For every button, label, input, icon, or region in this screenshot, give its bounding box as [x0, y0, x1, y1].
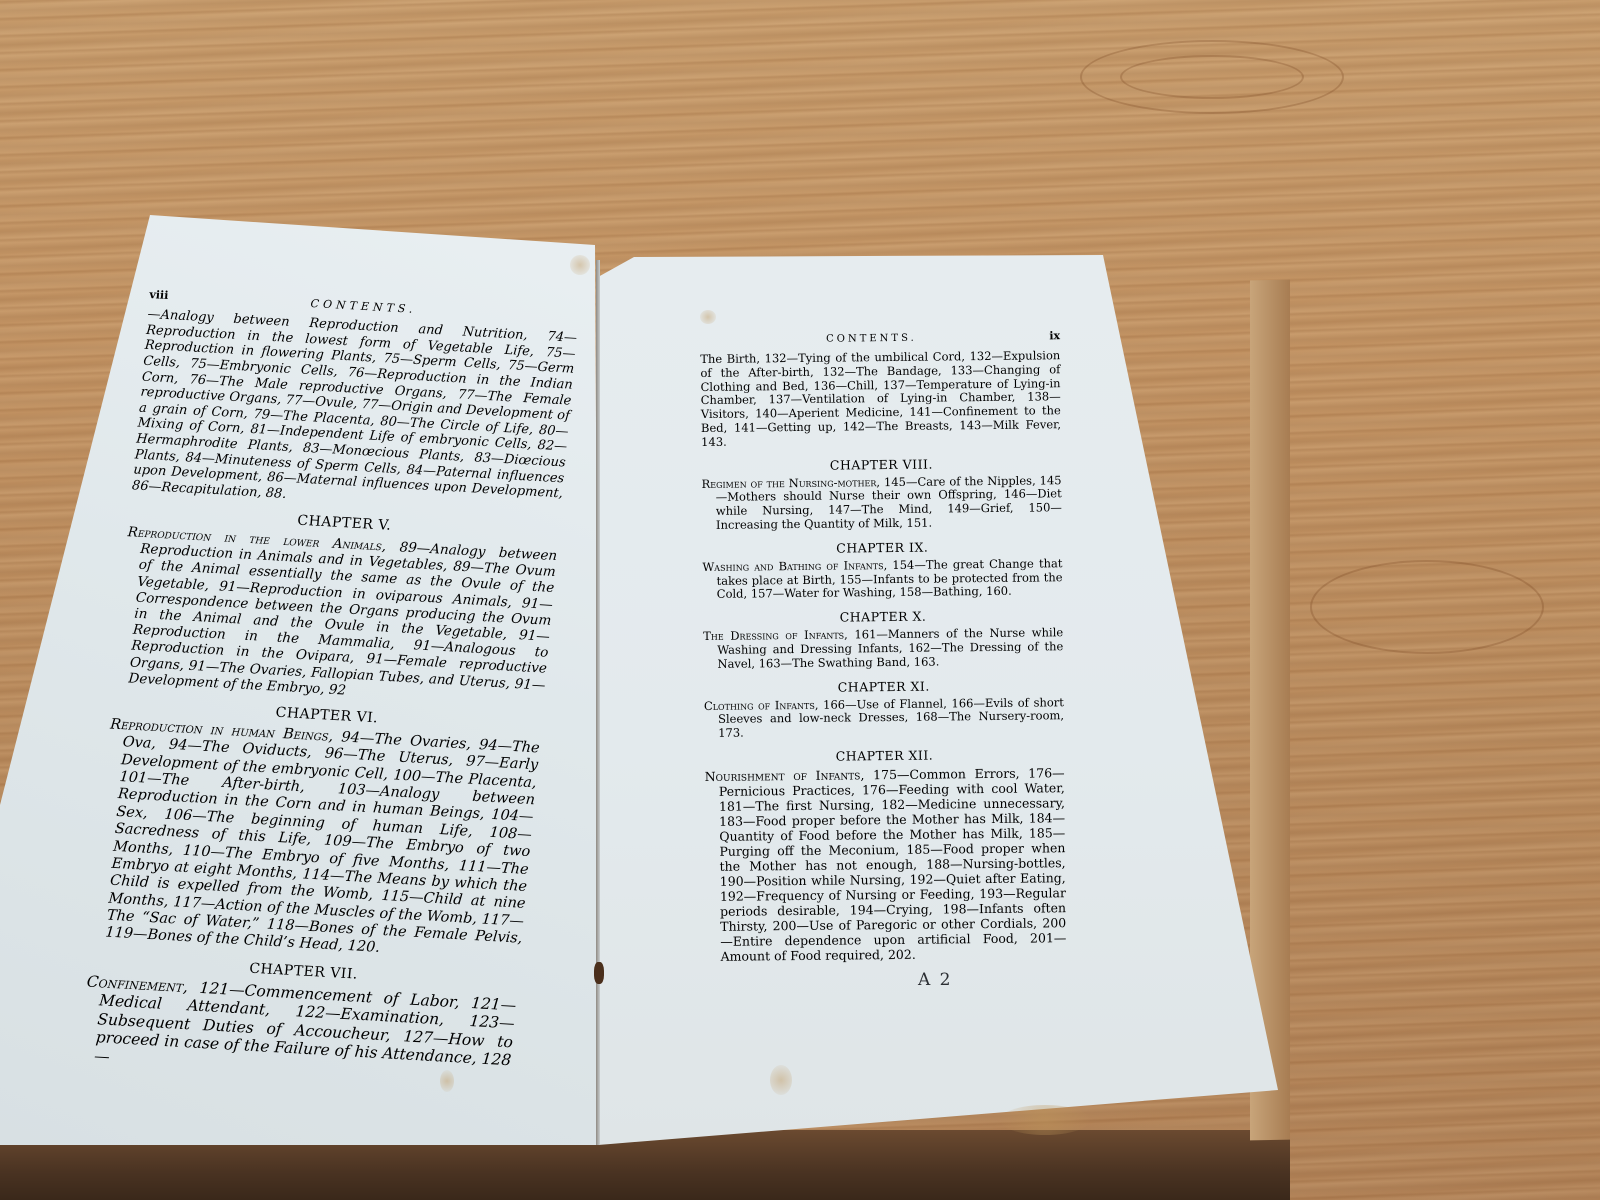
toc-entry: Reproduction in human Beings, 94—The Ova… — [91, 716, 541, 965]
chapter-topics: 175—Common Errors, 176—Pernicious Practi… — [719, 765, 1067, 964]
toc-entry: Reproduction in the lower Animals, 89—An… — [114, 524, 558, 709]
foxing-stain — [770, 1065, 792, 1095]
foxing-stain — [570, 255, 590, 275]
toc-entry: Clothing of Infants, 166—Use of Flannel,… — [704, 696, 1064, 741]
toc-entry: Nourishment of Infants, 175—Common Error… — [705, 765, 1067, 964]
right-running-head: CONTENTS. ix — [700, 329, 1060, 347]
right-page-contents: CONTENTS. ix The Birth, 132—Tying of the… — [700, 329, 1067, 964]
chapter-heading: CHAPTER VIII. — [701, 455, 1061, 474]
book-gutter — [596, 260, 600, 1145]
chapter-heading: CHAPTER IX. — [702, 538, 1062, 557]
wood-knot — [1310, 560, 1544, 654]
gutter-binding-hole — [594, 962, 604, 984]
page-number: viii — [149, 288, 169, 302]
toc-entry: The Dressing of Infants, 161—Manners of … — [703, 626, 1063, 671]
toc-entry: Regimen of the Nursing-mother, 145—Care … — [702, 474, 1063, 533]
page-number: ix — [1049, 329, 1060, 342]
chapter-topics: 89—Analogy between Reproduction in Anima… — [128, 539, 558, 699]
chapter-heading: CHAPTER X. — [703, 607, 1063, 626]
wood-knot — [1120, 55, 1304, 99]
chapter-heading: CHAPTER XII. — [704, 746, 1064, 765]
printer-signature-mark: A 2 — [918, 970, 953, 990]
chapter-subject: Clothing of Infants, — [704, 697, 819, 712]
foxing-stain — [700, 310, 716, 324]
foxing-stain — [1000, 1105, 1090, 1135]
left-page-contents: viii CONTENTS. —Analogy between Reproduc… — [79, 288, 579, 1089]
toc-continuation: —Analogy between Reproduction and Nutrit… — [131, 307, 577, 517]
toc-continuation: The Birth, 132—Tying of the umbilical Co… — [700, 349, 1061, 449]
chapter-heading: CHAPTER XI. — [704, 677, 1064, 696]
toc-entry: Washing and Bathing of Infants, 154—The … — [702, 557, 1062, 602]
running-head-title: CONTENTS. — [826, 333, 917, 346]
chapter-topics: 94—The Ovaries, 94—The Ova, 94—The Ovidu… — [105, 729, 541, 957]
chapter-subject: Nourishment of Infants, — [705, 767, 865, 784]
